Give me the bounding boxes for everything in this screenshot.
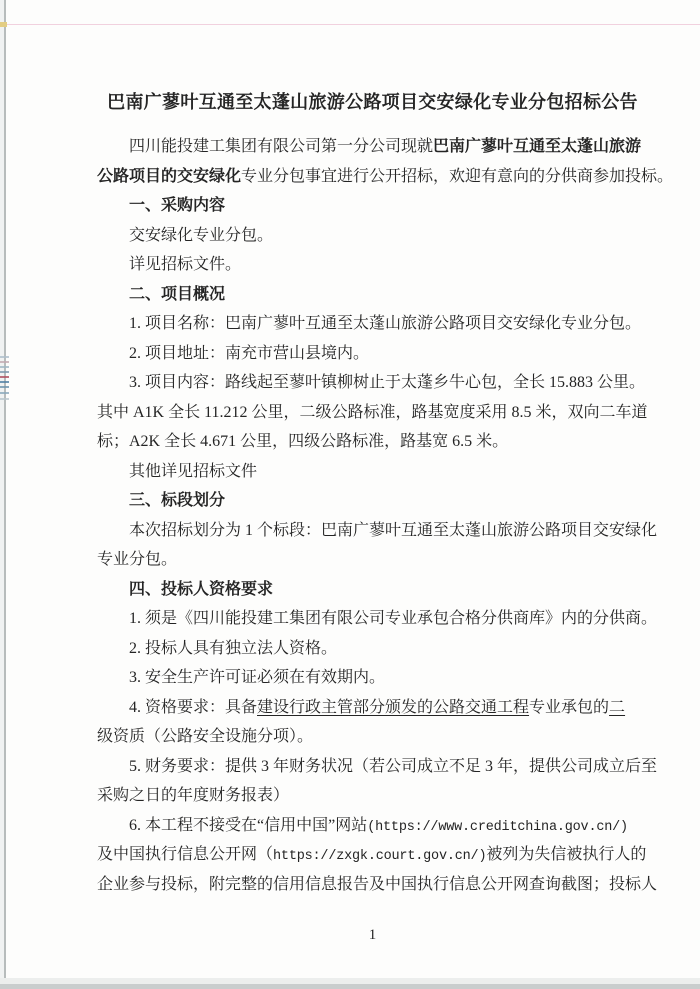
text-segment: 专业分包事宜进行公开招标，欢迎有意向的分供商参加投标。 — [241, 168, 673, 185]
section-heading: 二、项目概况 — [97, 280, 648, 310]
text-segment: 2. 项目地址：南充市营山县境内。 — [129, 345, 369, 362]
text-segment: 5. 财务要求：提供 3 年财务状况（若公司成立不足 3 年，提供公司成立后至 — [129, 758, 657, 775]
text-line: 6. 本工程不接受在“信用中国”网站(https://www.creditchi… — [97, 811, 648, 841]
text-segment: 本次招标划分为 1 个标段：巴南广蓼叶互通至太蓬山旅游公路项目交安绿化 — [129, 522, 657, 539]
text-line: 4. 资格要求：具备建设行政主管部分颁发的公路交通工程专业承包的二 — [97, 693, 648, 723]
text-segment: 及中国执行信息公开网（ — [97, 846, 273, 863]
text-line: 本次招标划分为 1 个标段：巴南广蓼叶互通至太蓬山旅游公路项目交安绿化 — [97, 516, 648, 546]
text-segment: 其他详见招标文件 — [129, 463, 257, 480]
text-line: 公路项目的交安绿化专业分包事宜进行公开招标，欢迎有意向的分供商参加投标。 — [97, 162, 648, 192]
text-line: 专业分包。 — [97, 545, 648, 575]
scan-edge-stripe — [0, 371, 9, 373]
text-line: 5. 财务要求：提供 3 年财务状况（若公司成立不足 3 年，提供公司成立后至 — [97, 752, 648, 782]
text-segment: 级资质（公路安全设施分项）。 — [97, 728, 313, 745]
text-segment: 3. 安全生产许可证必须在有效期内。 — [129, 669, 385, 686]
text-segment: 巴南广蓼叶互通至太蓬山旅游 — [433, 138, 641, 155]
text-segment: 被列为失信被执行人的 — [486, 846, 646, 863]
text-line: 其他详见招标文件 — [97, 457, 648, 487]
text-line: 交安绿化专业分包。 — [97, 221, 648, 251]
text-line: 四川能投建工集团有限公司第一分公司现就巴南广蓼叶互通至太蓬山旅游 — [97, 132, 648, 162]
text-line: 级资质（公路安全设施分项）。 — [97, 722, 648, 752]
text-line: 1. 项目名称：巴南广蓼叶互通至太蓬山旅游公路项目交安绿化专业分包。 — [97, 309, 648, 339]
text-segment: 专业承包的 — [529, 699, 609, 716]
scan-yellow-mark — [0, 22, 7, 27]
text-line: 采购之日的年度财务报表） — [97, 781, 648, 811]
scan-edge-stripe — [0, 386, 9, 388]
text-segment: 1. 须是《四川能投建工集团有限公司专业承包合格分供商库》内的分供商。 — [129, 610, 657, 627]
scan-edge-stripe — [0, 376, 9, 378]
page-number: 1 — [97, 924, 648, 946]
text-segment: 二 — [609, 699, 625, 716]
text-segment: 二、项目概况 — [129, 286, 225, 303]
text-segment: 交安绿化专业分包。 — [129, 227, 273, 244]
section-heading: 三、标段划分 — [97, 486, 648, 516]
scan-edge-stripe — [0, 366, 9, 368]
text-segment: 三、标段划分 — [129, 492, 225, 509]
scan-edge-stripe — [0, 392, 9, 394]
text-segment: 四、投标人资格要求 — [129, 581, 273, 598]
section-heading: 四、投标人资格要求 — [97, 575, 648, 605]
text-segment: 标；A2K 全长 4.671 公里，四级公路标准，路基宽 6.5 米。 — [97, 433, 508, 450]
scan-edge-stripe — [0, 398, 9, 400]
text-line: 3. 项目内容：路线起至蓼叶镇柳树止于太蓬乡牛心包，全长 15.883 公里。 — [97, 368, 648, 398]
scan-bottom-paper-edge — [0, 984, 700, 989]
text-segment: 详见招标文件。 — [129, 256, 241, 273]
text-line: 标；A2K 全长 4.671 公里，四级公路标准，路基宽 6.5 米。 — [97, 427, 648, 457]
text-segment: 4. 资格要求：具备 — [129, 699, 257, 716]
scan-edge-stripe — [0, 361, 9, 363]
scan-edge-stripe — [0, 356, 9, 358]
text-segment: 6. 本工程不接受在“信用中国”网站 — [129, 817, 367, 834]
text-line: 其中 A1K 全长 11.212 公里，二级公路标准，路基宽度采用 8.5 米，… — [97, 398, 648, 428]
text-segment: 企业参与投标，附完整的信用信息报告及中国执行信息公开网查询截图；投标人 — [97, 876, 657, 893]
text-segment: (https://www.creditchina.gov.cn/) — [367, 820, 628, 835]
text-segment: 1. 项目名称：巴南广蓼叶互通至太蓬山旅游公路项目交安绿化专业分包。 — [129, 315, 641, 332]
text-segment: 四川能投建工集团有限公司第一分公司现就 — [129, 138, 433, 155]
text-segment: 一、采购内容 — [129, 197, 225, 214]
text-segment: 采购之日的年度财务报表） — [97, 787, 289, 804]
section-heading: 一、采购内容 — [97, 191, 648, 221]
text-segment: https://zxgk.court.gov.cn/) — [273, 849, 486, 864]
document-content: 巴南广蓼叶互通至太蓬山旅游公路项目交安绿化专业分包招标公告 四川能投建工集团有限… — [97, 0, 648, 899]
text-segment: 建设行政主管部分颁发的公路交通工程 — [257, 699, 529, 716]
text-segment: 专业分包。 — [97, 551, 177, 568]
scan-left-edge-line — [4, 0, 6, 989]
text-segment: 其中 A1K 全长 11.212 公里，二级公路标准，路基宽度采用 8.5 米，… — [97, 404, 648, 421]
text-line: 2. 项目地址：南充市营山县境内。 — [97, 339, 648, 369]
document-lines: 四川能投建工集团有限公司第一分公司现就巴南广蓼叶互通至太蓬山旅游公路项目的交安绿… — [97, 132, 648, 899]
text-segment: 2. 投标人具有独立法人资格。 — [129, 640, 337, 657]
text-line: 企业参与投标，附完整的信用信息报告及中国执行信息公开网查询截图；投标人 — [97, 870, 648, 900]
scan-edge-stripe — [0, 381, 9, 383]
text-line: 3. 安全生产许可证必须在有效期内。 — [97, 663, 648, 693]
document-title: 巴南广蓼叶互通至太蓬山旅游公路项目交安绿化专业分包招标公告 — [97, 88, 648, 116]
text-segment: 公路项目的交安绿化 — [97, 168, 241, 185]
scanned-document-page: 巴南广蓼叶互通至太蓬山旅游公路项目交安绿化专业分包招标公告 四川能投建工集团有限… — [0, 0, 700, 989]
text-segment: 3. 项目内容：路线起至蓼叶镇柳树止于太蓬乡牛心包，全长 15.883 公里。 — [129, 374, 645, 391]
text-line: 2. 投标人具有独立法人资格。 — [97, 634, 648, 664]
text-line: 1. 须是《四川能投建工集团有限公司专业承包合格分供商库》内的分供商。 — [97, 604, 648, 634]
text-line: 详见招标文件。 — [97, 250, 648, 280]
text-line: 及中国执行信息公开网（https://zxgk.court.gov.cn/)被列… — [97, 840, 648, 870]
